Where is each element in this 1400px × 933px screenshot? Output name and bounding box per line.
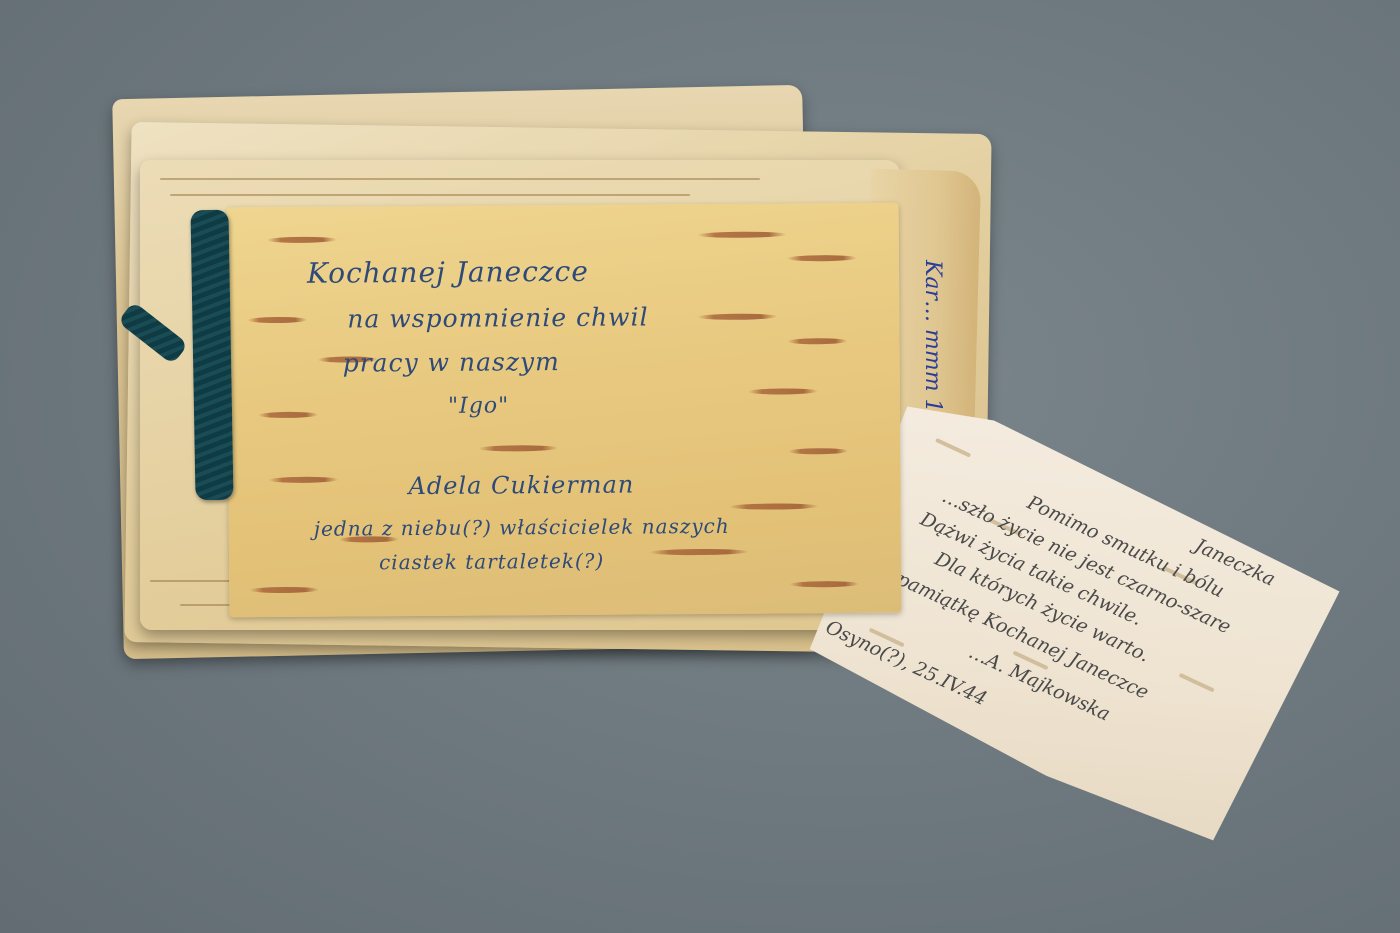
note-date: Osyno(?), 25.IV.44 xyxy=(822,616,990,710)
dedication-line-4: "Igo" xyxy=(448,393,509,418)
binding-cord xyxy=(190,210,233,501)
side-strip-ink: Kar… mmm 1. xyxy=(920,260,945,420)
front-bark-card: Kochanej Janeczce na wspomnienie chwil p… xyxy=(227,203,902,618)
dedication-line-7: ciastek tartaletek(?) xyxy=(379,549,604,575)
dedication-line-6: jedna z niebu(?) właścicielek naszych xyxy=(314,514,730,541)
photograph-scene: Kar… mmm 1. Janeczka Pomimo smutku i ból… xyxy=(0,0,1400,933)
signature-line: Adela Cukierman xyxy=(408,471,634,501)
dedication-line-2: na wspomnienie chwil xyxy=(347,302,648,333)
dedication-line-1: Kochanej Janeczce xyxy=(307,255,589,290)
dedication-line-3: pracy w naszym xyxy=(343,347,560,378)
